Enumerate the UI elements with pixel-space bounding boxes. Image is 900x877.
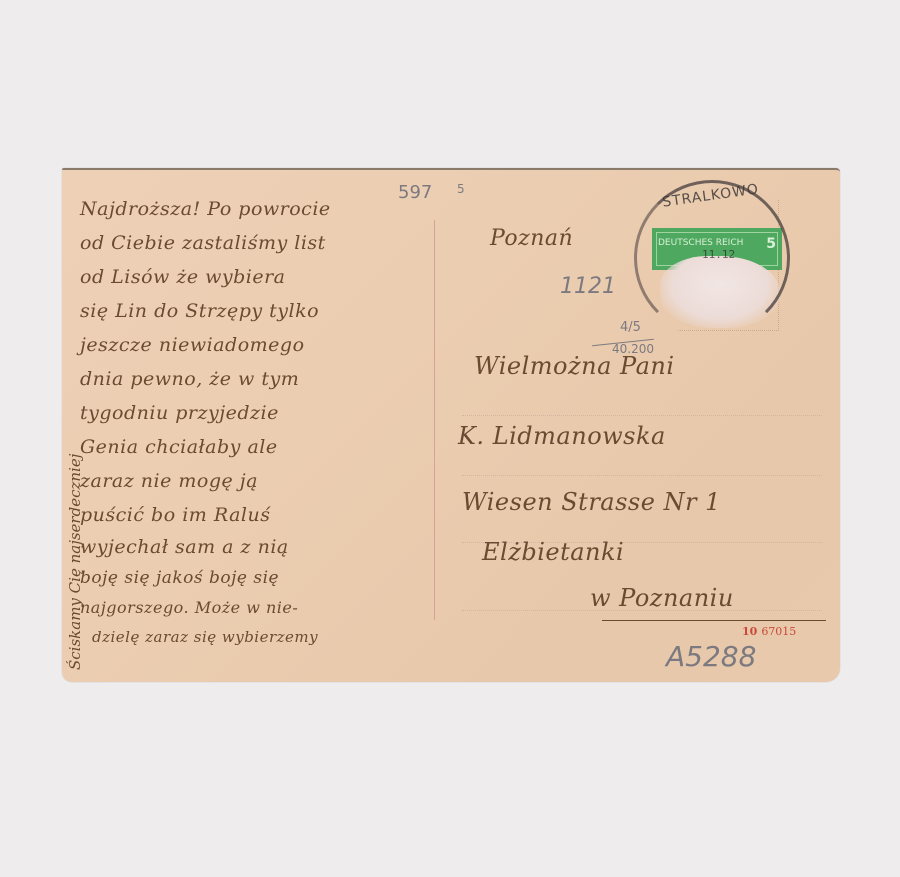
address-name: K. Lidmanowska (458, 422, 666, 450)
postcard: DEUTSCHES REICH 5 STRALKOWO 11.12 597 5 … (62, 168, 840, 682)
postmark-date: 11.12 (702, 248, 735, 261)
message-line: dnia pewno, że w tym (80, 368, 299, 390)
message-line: dzielę zaraz się wybierzemy (92, 628, 318, 646)
message-line: zaraz nie mogę ją (80, 470, 258, 492)
address-guide-line (462, 475, 822, 476)
message-line: najgorszego. Może w nie- (80, 598, 298, 617)
address-guide-line (462, 415, 822, 416)
message-line: tygodniu przyjedzie (80, 402, 279, 424)
origin-place: Poznań (490, 226, 573, 251)
address-street: Wiesen Strasse Nr 1 (462, 488, 721, 516)
message-line: od Ciebie zastaliśmy list (80, 232, 326, 254)
center-divider-line (434, 220, 435, 620)
message-line: od Lisów że wybiera (80, 266, 286, 288)
catalog-number: 597 (398, 182, 432, 203)
printer-code: 67015 (761, 625, 796, 638)
message-line: Genia chciałaby ale (80, 436, 278, 458)
archive-number: A5288 (666, 640, 756, 673)
address-district: Elżbietanki (482, 538, 624, 566)
pencil-fraction-top: 4/5 (620, 320, 641, 335)
message-line: puścić bo im Raluś (80, 504, 270, 526)
address-city: w Poznaniu (590, 584, 734, 612)
printer-number: 1067015 (742, 625, 796, 638)
message-line: jeszcze niewiadomego (80, 334, 305, 356)
message-line: się Lin do Strzępy tylko (80, 300, 319, 322)
message-line: wyjechał sam a z nią (80, 536, 289, 558)
address-salutation: Wielmożna Pani (474, 352, 675, 380)
catalog-mark: 5 (457, 182, 465, 196)
message-line: Najdroższa! Po powrocie (80, 198, 331, 220)
message-line: boję się jakoś boję się (80, 568, 279, 588)
margin-note: Ściskamy Cię najserdeczniej (66, 454, 84, 670)
pencil-number: 1121 (560, 274, 616, 299)
city-underline (602, 620, 826, 621)
printer-series: 10 (742, 625, 757, 638)
